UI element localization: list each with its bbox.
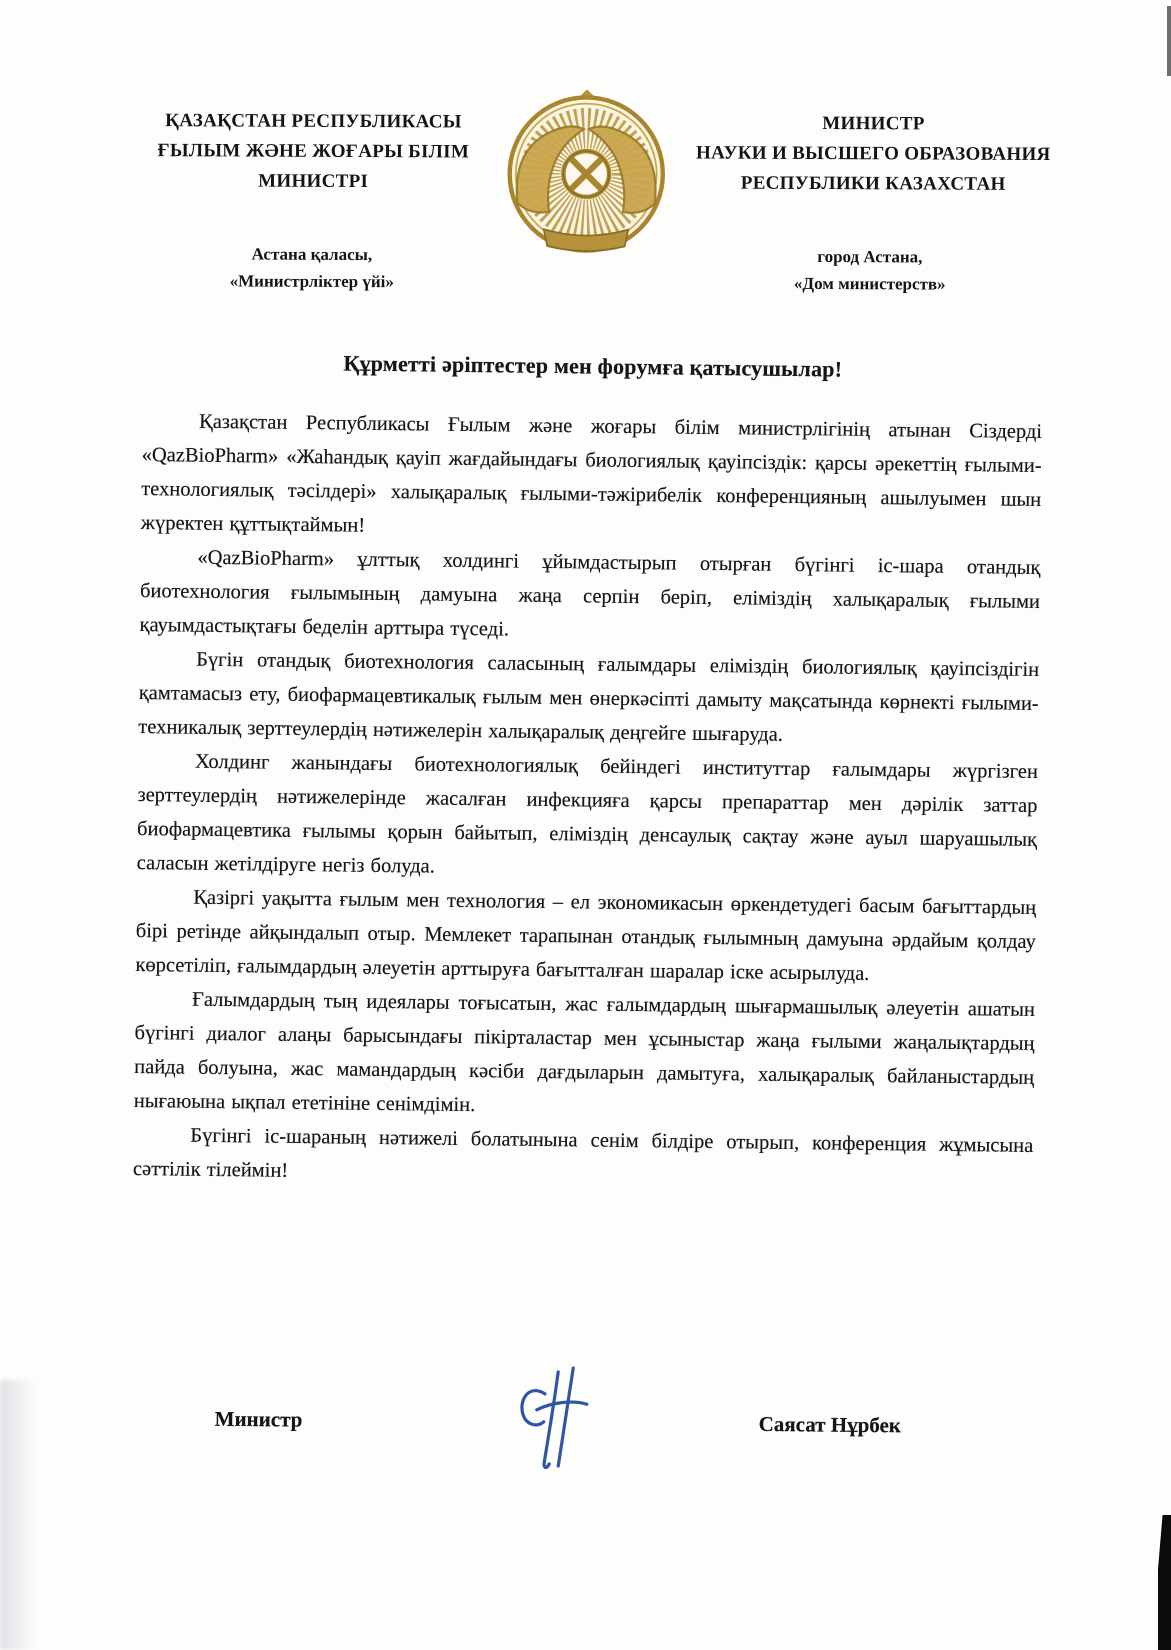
kazakhstan-state-emblem-icon bbox=[498, 90, 675, 259]
letterhead-kazakh-line: МИНИСТРІ bbox=[139, 166, 487, 198]
letter-title: Құрметті әріптестер мен форумға қатысушы… bbox=[143, 348, 1043, 385]
scan-edge-artifact bbox=[1158, 1515, 1171, 1650]
signature-block: Министр Саясат Нұрбек bbox=[142, 1388, 1043, 1517]
letter-paragraph: «QazBioPharm» ұлттық холдингі ұйымдастыр… bbox=[139, 540, 1040, 653]
letterhead-kazakh-line: ҒЫЛЫМ ЖӘНЕ ЖОҒАРЫ БІЛІМ bbox=[139, 136, 487, 168]
scan-edge-artifact bbox=[1167, 6, 1171, 76]
address-russian-line: город Астана, bbox=[705, 243, 1035, 271]
letter-paragraph: Ғалымдардың тың идеялары тоғысатын, жас … bbox=[134, 982, 1036, 1129]
letter-paragraph: Бүгін отандық биотехнология саласының ға… bbox=[138, 642, 1039, 755]
letterhead: ҚАЗАҚСТАН РЕСПУБЛИКАСЫ ҒЫЛЫМ ЖӘНЕ ЖОҒАРЫ… bbox=[0, 0, 1171, 3]
address-kazakh: Астана қаласы, «Министрліктер үйі» bbox=[157, 240, 467, 295]
letterhead-russian-line: МИНИСТР bbox=[675, 108, 1071, 140]
signature-autograph-icon bbox=[510, 1358, 621, 1479]
scan-smudge-artifact bbox=[0, 1380, 36, 1650]
scanned-letter-page: ҚАЗАҚСТАН РЕСПУБЛИКАСЫ ҒЫЛЫМ ЖӘНЕ ЖОҒАРЫ… bbox=[0, 0, 1171, 1650]
letterhead-kazakh-line: ҚАЗАҚСТАН РЕСПУБЛИКАСЫ bbox=[139, 106, 487, 138]
letterhead-kazakh-title: ҚАЗАҚСТАН РЕСПУБЛИКАСЫ ҒЫЛЫМ ЖӘНЕ ЖОҒАРЫ… bbox=[139, 106, 487, 198]
signer-role: Министр bbox=[215, 1407, 303, 1433]
address-russian: город Астана, «Дом министерств» bbox=[705, 243, 1035, 298]
signer-name: Саясат Нұрбек bbox=[759, 1412, 902, 1438]
letter-paragraph: Бүгінгі іс-шараның нәтижелі болатынына с… bbox=[133, 1118, 1034, 1197]
address-russian-line: «Дом министерств» bbox=[705, 270, 1035, 298]
letter-paragraph: Қазіргі уақытта ғылым мен технология – е… bbox=[135, 880, 1036, 993]
letter-paragraph: Холдинг жанындағы биотехнологиялық бейін… bbox=[137, 744, 1039, 891]
letter-body: Құрметті әріптестер мен форумға қатысушы… bbox=[133, 348, 1043, 1197]
letterhead-russian-line: РЕСПУБЛИКИ КАЗАХСТАН bbox=[675, 168, 1071, 200]
address-kazakh-line: Астана қаласы, bbox=[157, 240, 467, 268]
letterhead-russian-line: НАУКИ И ВЫСШЕГО ОБРАЗОВАНИЯ bbox=[675, 138, 1071, 170]
letter-paragraph: Қазақстан Республикасы Ғылым және жоғары… bbox=[141, 404, 1043, 551]
letterhead-russian-title: МИНИСТР НАУКИ И ВЫСШЕГО ОБРАЗОВАНИЯ РЕСП… bbox=[675, 108, 1071, 200]
address-kazakh-line: «Министрліктер үйі» bbox=[157, 267, 467, 295]
